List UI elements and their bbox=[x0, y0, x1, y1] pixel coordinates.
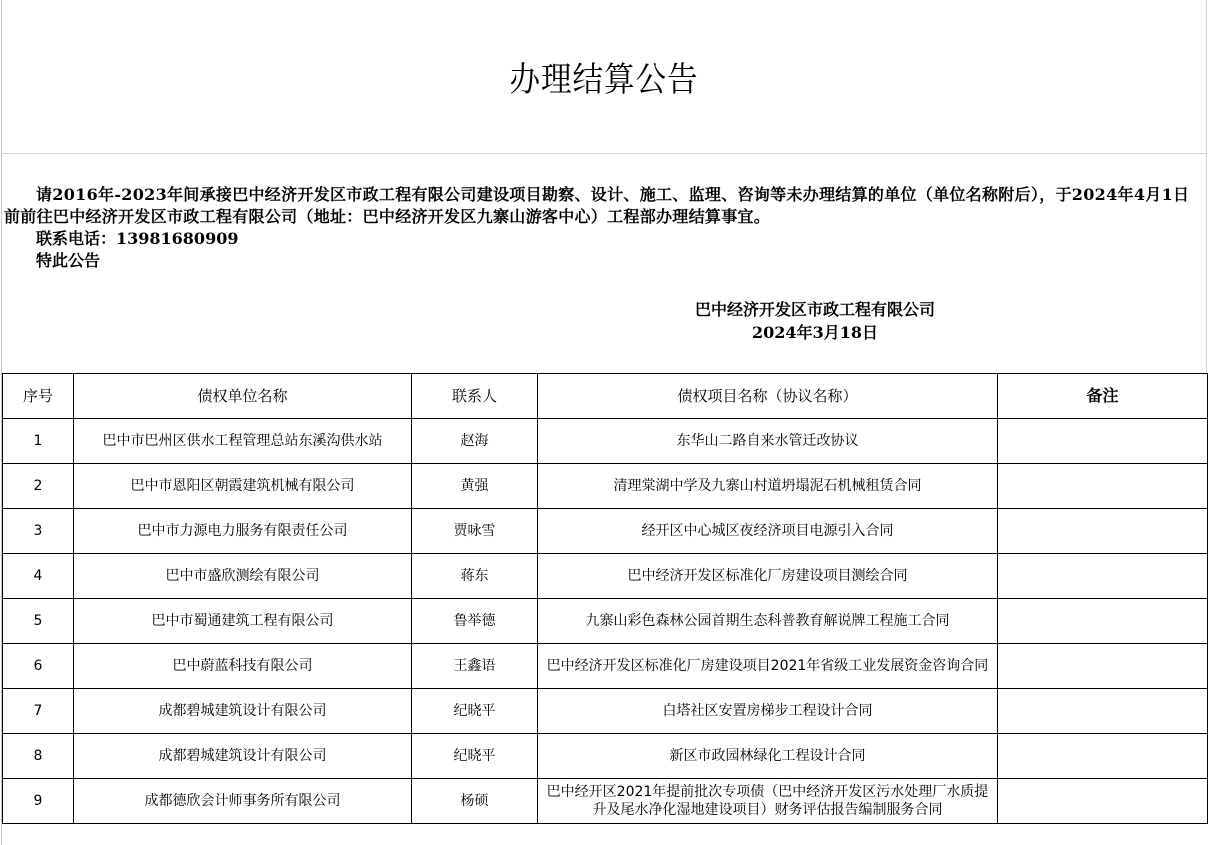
cell-contact: 王鑫语 bbox=[412, 644, 538, 689]
cell-project: 清理棠湖中学及九寨山村道坍塌泥石机械租赁合同 bbox=[538, 464, 998, 509]
cell-contact: 鲁举德 bbox=[412, 599, 538, 644]
contact-phone: 联系电话：13981680909 bbox=[4, 228, 1204, 250]
cell-remark bbox=[998, 464, 1208, 509]
cell-project: 巴中经开区2021年提前批次专项债（巴中经济开发区污水处理厂水质提升及尾水净化湿… bbox=[538, 779, 998, 824]
cell-creditor: 巴中市力源电力服务有限责任公司 bbox=[74, 509, 412, 554]
sheet-gridline-right bbox=[1206, 0, 1207, 373]
table-header-row: 序号 债权单位名称 联系人 债权项目名称（协议名称） 备注 bbox=[3, 374, 1208, 419]
cell-contact: 杨硕 bbox=[412, 779, 538, 824]
cell-contact: 赵海 bbox=[412, 419, 538, 464]
signature-block: 巴中经济开发区市政工程有限公司 2024年3月18日 bbox=[600, 298, 1030, 344]
cell-contact: 纪晓平 bbox=[412, 689, 538, 734]
cell-creditor: 巴中市恩阳区朝霞建筑机械有限公司 bbox=[74, 464, 412, 509]
cell-project: 白塔社区安置房梯步工程设计合同 bbox=[538, 689, 998, 734]
cell-project: 巴中经济开发区标准化厂房建设项目测绘合同 bbox=[538, 554, 998, 599]
cell-creditor: 成都碧城建筑设计有限公司 bbox=[74, 689, 412, 734]
table-row: 2 巴中市恩阳区朝霞建筑机械有限公司 黄强 清理棠湖中学及九寨山村道坍塌泥石机械… bbox=[3, 464, 1208, 509]
cell-project: 九寨山彩色森林公园首期生态科普教育解说牌工程施工合同 bbox=[538, 599, 998, 644]
cell-remark bbox=[998, 734, 1208, 779]
cell-remark bbox=[998, 419, 1208, 464]
cell-project: 新区市政园林绿化工程设计合同 bbox=[538, 734, 998, 779]
cell-creditor: 成都德欣会计师事务所有限公司 bbox=[74, 779, 412, 824]
cell-contact: 纪晓平 bbox=[412, 734, 538, 779]
cell-index: 8 bbox=[3, 734, 74, 779]
header-creditor: 债权单位名称 bbox=[74, 374, 412, 419]
creditor-table: 序号 债权单位名称 联系人 债权项目名称（协议名称） 备注 1 巴中市巴州区供水… bbox=[2, 373, 1208, 824]
cell-creditor: 巴中市蜀通建筑工程有限公司 bbox=[74, 599, 412, 644]
cell-index: 3 bbox=[3, 509, 74, 554]
cell-creditor: 巴中蔚蓝科技有限公司 bbox=[74, 644, 412, 689]
cell-index: 2 bbox=[3, 464, 74, 509]
cell-project: 东华山二路自来水管迁改协议 bbox=[538, 419, 998, 464]
table-row: 1 巴中市巴州区供水工程管理总站东溪沟供水站 赵海 东华山二路自来水管迁改协议 bbox=[3, 419, 1208, 464]
table-row: 8 成都碧城建筑设计有限公司 纪晓平 新区市政园林绿化工程设计合同 bbox=[3, 734, 1208, 779]
page-title: 办理结算公告 bbox=[60, 52, 1147, 101]
signature-date: 2024年3月18日 bbox=[600, 321, 1030, 344]
cell-project: 巴中经济开发区标准化厂房建设项目2021年省级工业发展资金咨询合同 bbox=[538, 644, 998, 689]
notice-paragraph: 请2016年-2023年间承接巴中经济开发区市政工程有限公司建设项目勘察、设计、… bbox=[4, 184, 1204, 228]
cell-contact: 蒋东 bbox=[412, 554, 538, 599]
table-row: 6 巴中蔚蓝科技有限公司 王鑫语 巴中经济开发区标准化厂房建设项目2021年省级… bbox=[3, 644, 1208, 689]
closing-line: 特此公告 bbox=[4, 250, 1204, 272]
cell-index: 7 bbox=[3, 689, 74, 734]
cell-index: 6 bbox=[3, 644, 74, 689]
cell-contact: 贾咏雪 bbox=[412, 509, 538, 554]
table-row: 3 巴中市力源电力服务有限责任公司 贾咏雪 经开区中心城区夜经济项目电源引入合同 bbox=[3, 509, 1208, 554]
cell-remark bbox=[998, 554, 1208, 599]
cell-remark bbox=[998, 779, 1208, 824]
spreadsheet-page: 办理结算公告 请2016年-2023年间承接巴中经济开发区市政工程有限公司建设项… bbox=[0, 0, 1208, 845]
table-row: 4 巴中市盛欣测绘有限公司 蒋东 巴中经济开发区标准化厂房建设项目测绘合同 bbox=[3, 554, 1208, 599]
signature-company: 巴中经济开发区市政工程有限公司 bbox=[600, 298, 1030, 321]
cell-creditor: 巴中市盛欣测绘有限公司 bbox=[74, 554, 412, 599]
cell-remark bbox=[998, 509, 1208, 554]
cell-remark bbox=[998, 599, 1208, 644]
cell-remark bbox=[998, 689, 1208, 734]
cell-remark bbox=[998, 644, 1208, 689]
cell-project: 经开区中心城区夜经济项目电源引入合同 bbox=[538, 509, 998, 554]
cell-index: 4 bbox=[3, 554, 74, 599]
cell-contact: 黄强 bbox=[412, 464, 538, 509]
table-row: 5 巴中市蜀通建筑工程有限公司 鲁举德 九寨山彩色森林公园首期生态科普教育解说牌… bbox=[3, 599, 1208, 644]
header-index: 序号 bbox=[3, 374, 74, 419]
cell-index: 1 bbox=[3, 419, 74, 464]
notice-body: 请2016年-2023年间承接巴中经济开发区市政工程有限公司建设项目勘察、设计、… bbox=[4, 184, 1204, 272]
header-project: 债权项目名称（协议名称） bbox=[538, 374, 998, 419]
cell-index: 9 bbox=[3, 779, 74, 824]
sheet-gridline-title-bottom bbox=[1, 153, 1207, 154]
cell-creditor: 成都碧城建筑设计有限公司 bbox=[74, 734, 412, 779]
header-contact: 联系人 bbox=[412, 374, 538, 419]
header-remark: 备注 bbox=[998, 374, 1208, 419]
table-row: 7 成都碧城建筑设计有限公司 纪晓平 白塔社区安置房梯步工程设计合同 bbox=[3, 689, 1208, 734]
cell-index: 5 bbox=[3, 599, 74, 644]
table-row: 9 成都德欣会计师事务所有限公司 杨硕 巴中经开区2021年提前批次专项债（巴中… bbox=[3, 779, 1208, 824]
cell-creditor: 巴中市巴州区供水工程管理总站东溪沟供水站 bbox=[74, 419, 412, 464]
